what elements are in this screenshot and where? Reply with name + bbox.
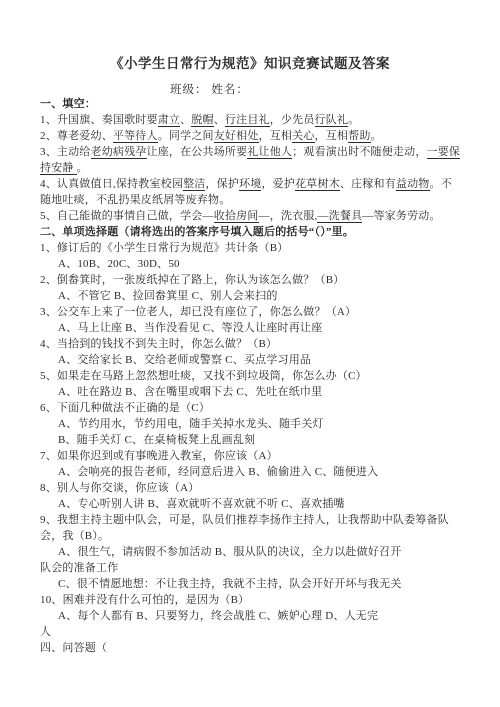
document-line: A、交给家长 B、交给老师或警察 C、买点学习用品 <box>40 352 472 368</box>
document-page: 《小学生日常行为规范》知识竞赛试题及答案 班级： 姓名： 一、填空：1、升国旗、… <box>0 0 500 707</box>
document-line: 7、如果你迟到或有事晚进入教室，你应该（A） <box>40 448 472 464</box>
text-segment: A、专心听别人讲 B、喜欢就听不喜欢就不听 C、喜欢插嘴 <box>58 498 345 510</box>
text-segment: 10、困难并没有什么可怕的，是因为（B） <box>40 594 249 606</box>
document-line: 四、问答题（ <box>40 640 472 656</box>
text-segment: 随地吐痰，不乱扔果皮纸屑等废弃物。 <box>40 194 230 206</box>
document-line: A、吐在路边 B、含在嘴里或咽下去 C、先吐在纸巾里 <box>40 384 472 400</box>
text-segment: A、节约用水，节约用电，随手关掉水龙头、随手关灯 <box>58 418 324 430</box>
text-segment: 四、问答题（ <box>40 642 107 654</box>
document-line: A、马上让座 B、当作没看见 C、等没人让座时再让座 <box>40 320 472 336</box>
blank-answer-underlined: 一要保 <box>427 146 461 159</box>
text-segment: A、马上让座 B、当作没看见 C、等没人让座时再让座 <box>58 322 322 334</box>
blank-answer-underlined: 环境 <box>239 178 261 191</box>
document-line: 5、自己能做的事情自己做，学会—收拾房间—，洗衣服,—洗餐具—等家务劳动。 <box>40 208 472 224</box>
text-segment: 会，我（B）。 <box>40 530 109 542</box>
document-line: 8、别人与你交谈，你应该（A） <box>40 480 472 496</box>
text-segment: 7、如果你迟到或有事晚进入教室，你应该（A） <box>40 450 278 462</box>
blank-answer-underlined: 关心 <box>292 130 314 143</box>
text-segment: ；观看演出时不随便走动， <box>292 146 426 158</box>
document-line: A、专心听别人讲 B、喜欢就听不喜欢就不听 C、喜欢插嘴 <box>40 496 472 512</box>
document-line: C、很不情愿地想：不让我主持，我就不主持，队会开好开坏与我无关 <box>40 576 472 592</box>
document-line: 2、尊老爱幼、平等待人。同学之间友好相处，互相关心，互相帮助。 <box>40 128 472 144</box>
document-line: 4、当拾到的钱找不到失主时，你怎么做？（B） <box>40 336 472 352</box>
document-line: 1、升国旗、奏国歌时要肃立、脱帽、行注目礼，少先员行队礼。 <box>40 112 472 128</box>
document-line: 4、认真做值日,保持教室校园整洁，保护环境，爱护花草树木、庄稼和有益动物。不 <box>40 176 472 192</box>
text-segment: A、很生气，请病假不参加活动 B、服从队的决议，全力以赴做好召开 <box>58 546 401 558</box>
text-segment: 1、升国旗、奏国歌时要 <box>40 114 158 126</box>
text-segment: 人 <box>40 626 51 638</box>
blank-answer-underlined: 行注目礼 <box>225 114 270 127</box>
blank-answer-underlined: 花草树木 <box>295 178 340 191</box>
text-segment: 8、别人与你交谈，你应该（A） <box>40 482 199 494</box>
blank-answer-underlined: 益动物 <box>396 178 430 191</box>
text-segment: 、 <box>180 114 191 126</box>
text-segment: 。 <box>371 130 382 142</box>
text-segment: C、很不情愿地想：不让我主持，我就不主持，队会开好开坏与我无关 <box>58 578 402 590</box>
document-line: 5、如果走在马路上忽然想吐痰，又找不到垃圾筒，你怎么办（C） <box>40 368 472 384</box>
text-segment: 3、主动给 <box>40 146 91 158</box>
document-body: 一、填空：1、升国旗、奏国歌时要肃立、脱帽、行注目礼，少先员行队礼。2、尊老爱幼… <box>40 96 472 656</box>
text-segment: A、10B、20C、30D、50 <box>58 258 180 270</box>
text-segment: 2、尊老爱幼、 <box>40 130 113 142</box>
document-line: 9、我想主持主题中队会，可是，队员们推荐李扬作主持人，让我帮助中队委筹备队 <box>40 512 472 528</box>
text-segment: 、 <box>214 114 225 126</box>
text-segment: 4、认真做值日,保持教室校园 <box>40 178 183 190</box>
text-segment: ，互相 <box>259 130 293 142</box>
document-line: 人 <box>40 624 472 640</box>
class-name-line: 班级： 姓名： <box>170 81 249 97</box>
section-heading: 二、单项选择题（请将选出的答案序号填入题后的括号“（）”里。 <box>40 224 472 240</box>
document-line: A、10B、20C、30D、50 <box>40 256 472 272</box>
text-segment: 队会的准备工作 <box>40 562 118 574</box>
document-line: A、每个人都有 B、只要努力，终会战胜 C、嫉妒心理 D、人无完 <box>40 608 472 624</box>
blank-answer-underlined: 平等待人 <box>113 130 158 143</box>
text-segment: A、每个人都有 B、只要努力，终会战胜 C、嫉妒心理 D、人无完 <box>58 610 378 622</box>
document-line: 队会的准备工作 <box>40 560 472 576</box>
blank-answer-underlined: 老幼病残孕 <box>91 146 147 159</box>
text-segment: 。同学之间 <box>158 130 214 142</box>
document-line: B、随手关灯 C、在桌椅板凳上乱画乱刻 <box>40 432 472 448</box>
text-segment: 2、倒畚箕时，一张废纸掉在了路上，你认为该怎么做？（B） <box>40 274 344 286</box>
text-segment: ，保护 <box>205 178 239 190</box>
text-segment: ，互相 <box>315 130 349 142</box>
text-segment: 。 <box>348 114 359 126</box>
document-line: A、不管它 B、捡回畚箕里 C、别人会来扫的 <box>40 288 472 304</box>
blank-answer-underlined: —洗餐具 <box>317 210 362 223</box>
text-segment: —，洗衣服, <box>259 210 318 222</box>
document-line: 随地吐痰，不乱扔果皮纸屑等废弃物。 <box>40 192 472 208</box>
text-segment: 5、自己能做的事情自己做，学会— <box>40 210 214 222</box>
text-segment: 。不 <box>430 178 452 190</box>
text-segment: 1、修订后的《小学生日常行为规范》共计条（B） <box>40 242 288 254</box>
text-segment: 。 <box>77 162 88 174</box>
text-segment: 、庄稼和有 <box>340 178 396 190</box>
document-line: 10、困难并没有什么可怕的，是因为（B） <box>40 592 472 608</box>
text-segment: 二、单项选择题（请将选出的答案序号填入题后的括号“（）”里。 <box>40 226 354 238</box>
document-line: 会，我（B）。 <box>40 528 472 544</box>
blank-answer-underlined: 友好相处 <box>214 130 259 143</box>
document-line: 3、主动给老幼病残孕让座，在公共场所要礼让他人；观看演出时不随便走动，一要保 <box>40 144 472 160</box>
blank-answer-underlined: 肃立 <box>158 114 180 127</box>
text-segment: A、交给家长 B、交给老师或警察 C、买点学习用品 <box>58 354 311 366</box>
document-line: 持安静 。 <box>40 160 472 176</box>
text-segment: A、不管它 B、捡回畚箕里 C、别人会来扫的 <box>58 290 278 302</box>
text-segment: ，少先员 <box>270 114 315 126</box>
text-segment: 4、当拾到的钱找不到失主时，你怎么做？（B） <box>40 338 277 350</box>
page-title: 《小学生日常行为规范》知识竞赛试题及答案 <box>0 52 500 72</box>
blank-answer-underlined: 持安静 <box>40 162 77 175</box>
blank-answer-underlined: 行队礼 <box>315 114 349 127</box>
blank-answer-underlined: 礼让他人 <box>247 146 292 159</box>
document-line: A、很生气，请病假不参加活动 B、服从队的决议，全力以赴做好召开 <box>40 544 472 560</box>
document-line: 1、修订后的《小学生日常行为规范》共计条（B） <box>40 240 472 256</box>
text-segment: A、吐在路边 B、含在嘴里或咽下去 C、先吐在纸巾里 <box>58 386 322 398</box>
document-line: 3、公交车上来了一位老人，却已没有座位了，你怎么做？（A） <box>40 304 472 320</box>
text-segment: 5、如果走在马路上忽然想吐痰，又找不到垃圾筒，你怎么办（C） <box>40 370 367 382</box>
blank-answer-underlined: 整洁 <box>183 178 205 191</box>
text-segment: 3、公交车上来了一位老人，却已没有座位了，你怎么做？（A） <box>40 306 356 318</box>
document-line: A、会响亮的报告老师，经同意后进入 B、偷偷进入 C、随便进入 <box>40 464 472 480</box>
section-heading: 一、填空： <box>40 96 472 112</box>
document-line: 6、下面几种做法不正确的是（C） <box>40 400 472 416</box>
text-segment: 6、下面几种做法不正确的是（C） <box>40 402 210 414</box>
text-segment: B、随手关灯 C、在桌椅板凳上乱画乱刻 <box>58 434 255 446</box>
text-segment: ，爱护 <box>261 178 295 190</box>
text-segment: 一、填空： <box>40 98 96 110</box>
text-segment: A、会响亮的报告老师，经同意后进入 B、偷偷进入 C、随便进入 <box>58 466 378 478</box>
blank-answer-underlined: 收拾房间 <box>214 210 259 223</box>
text-segment: 9、我想主持主题中队会，可是，队员们推荐李扬作主持人，让我帮助中队委筹备队 <box>40 514 449 526</box>
text-segment: —等家务劳动。 <box>362 210 440 222</box>
blank-answer-underlined: 帮助 <box>348 130 370 143</box>
blank-answer-underlined: 脱帽 <box>191 114 213 127</box>
text-segment: 让座，在公共场所要 <box>147 146 248 158</box>
document-line: A、节约用水，节约用电，随手关掉水龙头、随手关灯 <box>40 416 472 432</box>
document-line: 2、倒畚箕时，一张废纸掉在了路上，你认为该怎么做？（B） <box>40 272 472 288</box>
